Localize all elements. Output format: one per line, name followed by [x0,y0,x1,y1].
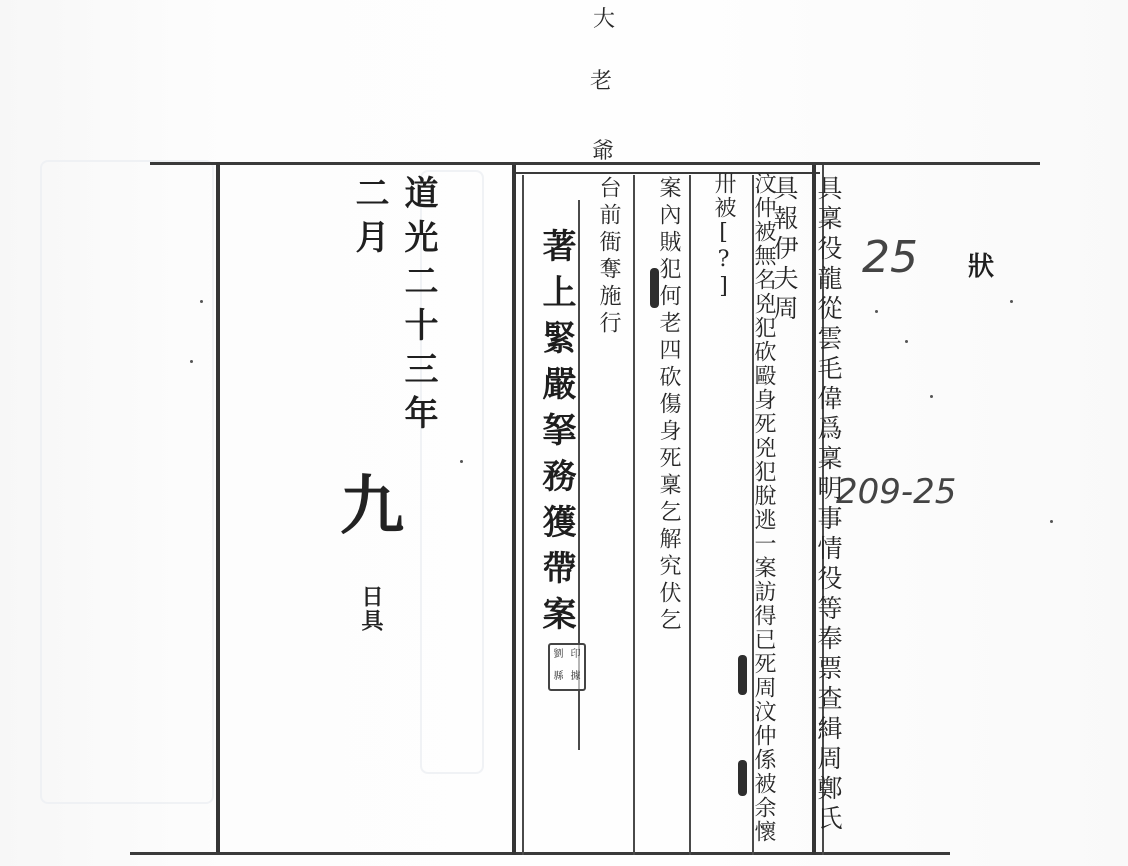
seal-char: 印 [567,645,584,667]
column-divider [689,175,691,855]
text-column-4: 台前衙奪施行 [590,176,626,376]
seal-char: 劉 [550,645,567,667]
handwritten-number-209-25: 209-25 [836,472,956,512]
scanned-page: 大 老 爺 具稟役龍從雲毛偉爲稟明事情役等奉票查緝周鄭氏具報伊夫周 汶仲被無名兇… [0,0,1128,866]
header-char-ye: 爺 [592,134,614,165]
frame-line [522,175,524,855]
ink-speck [875,310,878,313]
ink-speck [1050,520,1053,523]
top-rule [150,162,1040,165]
seal-char: 縣 [550,667,567,689]
ink-mark [738,760,747,796]
day-char: 九 [340,455,404,547]
seal-char: 據 [567,667,584,689]
official-seal: 劉 印 縣 據 [548,643,586,691]
ink-speck [1010,300,1013,303]
column-divider [633,175,635,855]
ink-speck [200,300,203,303]
left-frame-line [216,162,220,852]
day-suffix: 日具 [356,585,387,633]
mid-frame-line [512,165,516,855]
stamp-char-zhuang: 狀 [968,246,994,283]
ink-speck [905,340,908,343]
ink-speck [460,460,463,463]
date-column: 道光二十三年二月 [345,175,443,475]
handwritten-number-25: 25 [862,232,918,283]
ink-speck [190,360,193,363]
ghost-frame [40,160,214,804]
ink-speck [930,395,933,398]
ink-mark [738,655,747,695]
header-char-da: 大 [593,2,615,33]
text-column-2: 汶仲被無名兇犯砍毆身死兇犯脫逃一案訪得已死周汶仲係被余懷卅被[?] [703,172,783,862]
ink-mark [650,268,659,308]
header-char-lao: 老 [590,64,612,95]
